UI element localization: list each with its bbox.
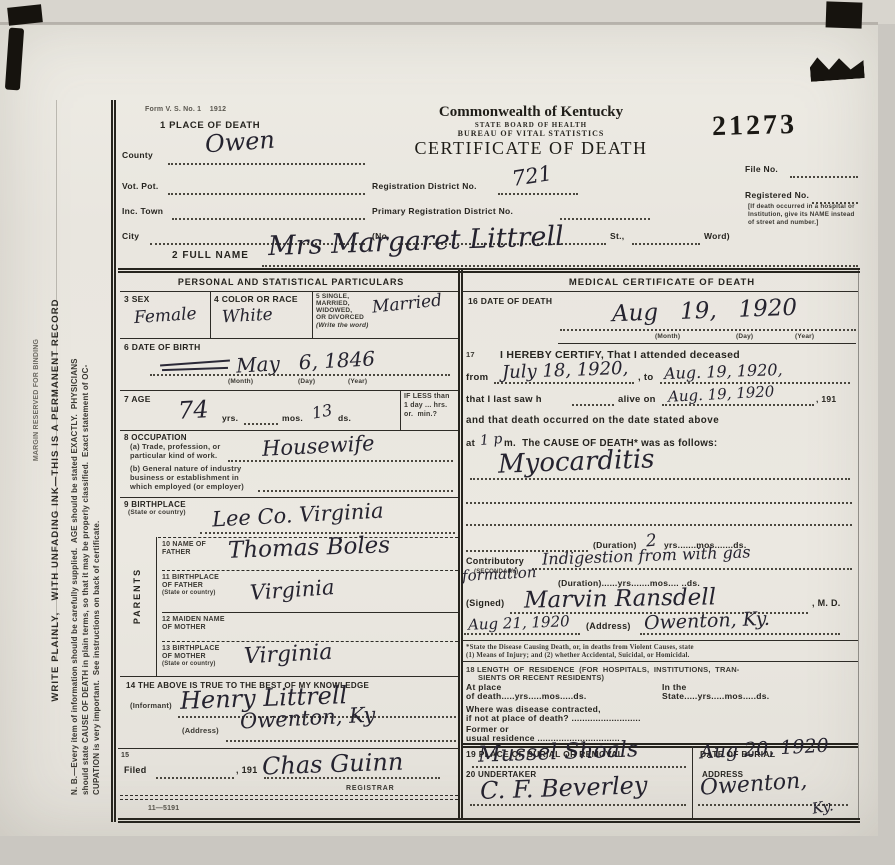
death-certificate-scan: MARGIN RESERVED FOR BINDING WRITE PLAINL… bbox=[0, 0, 895, 865]
registrar-line bbox=[264, 777, 440, 779]
file-no-line bbox=[790, 176, 858, 178]
cause-of-death-entry: Myocarditis bbox=[498, 446, 655, 477]
mother-maiden-label-2: OF MOTHER bbox=[162, 624, 206, 631]
month-sublabel: (Month) bbox=[228, 378, 253, 385]
parents-inner-border bbox=[156, 537, 157, 676]
column-divider bbox=[458, 270, 463, 818]
file-no-label: File No. bbox=[745, 164, 778, 174]
occupation-b-label-3: which employed (or employer) bbox=[130, 482, 244, 491]
sex-entry: Female bbox=[133, 306, 197, 327]
date-of-birth-line bbox=[150, 374, 450, 376]
certificate-title: CERTIFICATE OF DEATH bbox=[392, 138, 670, 159]
hospital-instruction-note: [If death occurred in a hospital or Inst… bbox=[748, 203, 860, 227]
marital-label-3: WIDOWED, bbox=[316, 307, 352, 314]
rule bbox=[120, 338, 458, 339]
rule bbox=[162, 612, 458, 613]
if-less-label-3: or. min.? bbox=[404, 411, 437, 418]
undertaker-entry: C. F. Beverley bbox=[480, 773, 648, 803]
attended-from-label: from bbox=[466, 372, 488, 383]
occupation-b-label-1: (b) General nature of industry bbox=[130, 464, 241, 473]
physician-address-line bbox=[640, 633, 840, 635]
age-label: 7 AGE bbox=[124, 394, 151, 404]
rule bbox=[120, 497, 458, 498]
medical-section-title: MEDICAL CERTIFICATE OF DEATH bbox=[468, 277, 856, 288]
rule bbox=[120, 390, 458, 391]
father-name-label-1: 10 NAME OF bbox=[162, 541, 206, 548]
marital-label-1: 5 SINGLE, bbox=[316, 293, 349, 300]
age-days-entry: 13 bbox=[311, 402, 334, 421]
form-left-border bbox=[111, 100, 116, 822]
marital-label-2: MARRIED, bbox=[316, 300, 350, 307]
county-label: County bbox=[122, 150, 153, 160]
torn-edge-mark bbox=[826, 1, 863, 28]
form-bottom-rule bbox=[118, 818, 860, 823]
signature-date-line bbox=[464, 633, 580, 635]
mother-birthplace-entry: Virginia bbox=[243, 642, 333, 669]
mother-birthplace-label-1: 13 BIRTHPLACE bbox=[162, 645, 219, 652]
alive-on-label: alive on bbox=[618, 394, 656, 405]
marital-label-5: (Write the word) bbox=[316, 322, 369, 329]
inc-town-line bbox=[172, 218, 365, 220]
physician-address-entry: Owenton, Ky. bbox=[644, 610, 771, 633]
signed-label: (Signed) bbox=[466, 598, 504, 608]
full-name-line bbox=[262, 265, 858, 267]
occupation-b-line bbox=[258, 490, 453, 492]
footnote-line-2: (1) Means of Injury; and (2) whether Acc… bbox=[466, 652, 690, 659]
yrs-label: yrs. bbox=[222, 413, 238, 423]
torn-paper-strip bbox=[0, 0, 895, 24]
physician-address-label: (Address) bbox=[586, 621, 631, 631]
at-label: at bbox=[466, 438, 475, 449]
registration-district-line bbox=[498, 193, 578, 195]
county-entry: Owen bbox=[204, 128, 275, 157]
personal-section-title: PERSONAL AND STATISTICAL PARTICULARS bbox=[128, 277, 454, 287]
contributory-entry-2: formation bbox=[462, 565, 537, 584]
occupation-a-label-1: (a) Trade, profession, or bbox=[130, 442, 220, 451]
ds-label: ds. bbox=[338, 413, 351, 423]
primary-district-line bbox=[560, 218, 650, 220]
certify-number-label: 17 bbox=[466, 350, 475, 359]
state-board-label: STATE BOARD OF HEALTH bbox=[392, 121, 670, 129]
date-of-birth-label: 6 DATE OF BIRTH bbox=[124, 342, 201, 352]
occupation-a-label-2: particular kind of work. bbox=[130, 451, 217, 460]
footnote-line-1: *State the Disease Causing Death, or, in… bbox=[466, 644, 694, 651]
vot-pot-label: Vot. Pot. bbox=[122, 181, 159, 191]
filed-year-label: , 191 bbox=[236, 765, 258, 775]
father-birthplace-label-2: OF FATHER bbox=[162, 582, 203, 589]
last-saw-gap-line bbox=[572, 404, 614, 406]
contributory-line bbox=[532, 568, 852, 570]
mother-birthplace-label-2: OF MOTHER bbox=[162, 653, 206, 660]
death-occurred-statement: and that death occurred on the date stat… bbox=[466, 415, 719, 426]
of-death-units-label: of death.....yrs.....mos.....ds. bbox=[466, 691, 587, 701]
physician-signature-entry: Marvin Ransdell bbox=[524, 586, 716, 612]
street-line bbox=[632, 243, 700, 245]
city-label: City bbox=[122, 231, 139, 241]
occupation-label: 8 OCCUPATION bbox=[124, 433, 187, 442]
filed-date-line bbox=[156, 777, 234, 779]
attended-from-entry: July 18, 1920, bbox=[502, 360, 629, 382]
rule bbox=[120, 799, 458, 800]
vot-pot-line bbox=[168, 193, 365, 195]
date-of-death-label: 16 DATE OF DEATH bbox=[468, 296, 552, 306]
undertaker-address-state-entry: Ky. bbox=[811, 798, 835, 817]
death-day-sublabel: (Day) bbox=[736, 333, 753, 340]
registered-no-label: Registered No. bbox=[745, 190, 809, 200]
if-less-label-1: IF LESS than bbox=[404, 393, 450, 400]
form-right-border bbox=[858, 270, 859, 818]
certificate-stamp-number: 21273 bbox=[712, 109, 798, 143]
last-saw-line bbox=[662, 404, 814, 406]
year-sublabel: (Year) bbox=[348, 378, 367, 385]
age-years-entry: 74 bbox=[177, 397, 209, 423]
age-line bbox=[244, 423, 278, 425]
attended-from-line bbox=[494, 382, 634, 384]
rule bbox=[162, 570, 458, 571]
section-divider-rule bbox=[118, 268, 860, 273]
father-birthplace-entry: Virginia bbox=[249, 577, 335, 604]
cause-line-3 bbox=[466, 524, 852, 526]
ward-label: Word) bbox=[704, 231, 730, 241]
registrar-label: REGISTRAR bbox=[346, 785, 394, 792]
sex-label: 3 SEX bbox=[124, 294, 150, 304]
mother-maiden-label-1: 12 MAIDEN NAME bbox=[162, 616, 225, 623]
color-race-label: 4 COLOR OR RACE bbox=[214, 294, 298, 304]
bureau-label: BUREAU OF VITAL STATISTICS bbox=[392, 129, 670, 138]
margin-permanent-record-note: WRITE PLAINLY, WITH UNFADING INK—THIS IS… bbox=[50, 210, 61, 790]
form-number-note: Form V. S. No. 1 1912 bbox=[145, 106, 226, 113]
primary-district-label: Primary Registration District No. bbox=[372, 206, 513, 216]
street-label: St., bbox=[610, 231, 624, 241]
time-of-death-entry: 1 p bbox=[479, 432, 502, 448]
margin-binding-note: MARGIN RESERVED FOR BINDING bbox=[33, 295, 40, 505]
cause-line-1 bbox=[470, 478, 850, 480]
md-label: , M. D. bbox=[812, 598, 841, 608]
day-sublabel: (Day) bbox=[298, 378, 315, 385]
mos-label: mos. bbox=[282, 413, 303, 423]
year-191-label: , 191 bbox=[816, 394, 836, 404]
undertaker-line bbox=[470, 804, 686, 806]
informant-label: (Informant) bbox=[130, 701, 172, 710]
filed-label: Filed bbox=[124, 765, 147, 775]
filed-number-label: 15 bbox=[121, 752, 129, 759]
state-units-label: State.....yrs.....mos.....ds. bbox=[662, 691, 769, 701]
margin-nb-line2: should state CAUSE OF DEATH in plain ter… bbox=[81, 105, 90, 795]
rule bbox=[462, 640, 858, 641]
father-birthplace-label-1: 11 BIRTHPLACE bbox=[162, 574, 219, 581]
torn-edge-mark bbox=[7, 4, 43, 25]
margin-nb-line1: N. B.—Every item of information should b… bbox=[70, 105, 79, 795]
rule bbox=[120, 795, 458, 796]
father-name-label-2: FATHER bbox=[162, 549, 191, 556]
margin-nb-line3: CUPATION is very important. See instruct… bbox=[92, 105, 101, 795]
occupation-entry: Housewife bbox=[262, 433, 376, 460]
rule bbox=[120, 676, 458, 677]
informant-address-line bbox=[226, 740, 456, 742]
parents-vertical-label: PARENTS bbox=[132, 540, 142, 652]
cell-divider bbox=[400, 390, 401, 430]
burial-grid-divider bbox=[692, 746, 693, 818]
cause-line-2 bbox=[466, 502, 852, 504]
rule bbox=[120, 291, 458, 292]
tear-shadow bbox=[0, 22, 878, 25]
registrar-signature-entry: Chas Guinn bbox=[262, 750, 404, 779]
cell-divider bbox=[210, 291, 211, 338]
county-line bbox=[168, 163, 365, 165]
color-race-entry: White bbox=[222, 307, 274, 327]
mother-birthplace-state-sublabel: (State or country) bbox=[162, 661, 216, 667]
attended-to-label: , to bbox=[638, 372, 653, 383]
if-less-label-2: 1 day ... hrs. bbox=[404, 402, 447, 409]
rule bbox=[120, 430, 458, 431]
commonwealth-title: Commonwealth of Kentucky bbox=[392, 104, 670, 121]
death-year-sublabel: (Year) bbox=[795, 333, 814, 340]
date-of-death-line bbox=[560, 329, 856, 331]
birthplace-state-sublabel: (State or country) bbox=[128, 509, 186, 516]
last-saw-label: that I last saw h bbox=[466, 394, 542, 405]
full-name-label: 2 FULL NAME bbox=[172, 250, 249, 261]
registration-district-label: Registration District No. bbox=[372, 181, 477, 191]
residence-label-2: SIENTS OR RECENT RESIDENTS) bbox=[478, 673, 604, 682]
inc-town-label: Inc. Town bbox=[122, 206, 163, 216]
burial-place-entry: Mussel Shoals bbox=[478, 739, 639, 767]
occupation-b-label-2: business or establishment in bbox=[130, 473, 239, 482]
marital-label-4: OR DIVORCED bbox=[316, 314, 364, 321]
contracted-label-2: if not at place of death? ..............… bbox=[466, 713, 641, 723]
cell-divider bbox=[312, 291, 313, 338]
informant-address-label: (Address) bbox=[182, 726, 219, 735]
rule bbox=[558, 343, 856, 344]
attended-to-entry: Aug. 19, 1920, bbox=[664, 362, 783, 382]
rule bbox=[462, 291, 858, 292]
burial-place-line bbox=[472, 766, 686, 768]
signature-date-entry: Aug 21, 1920 bbox=[468, 614, 570, 633]
rule bbox=[118, 748, 459, 749]
plate-number-note: 11—5191 bbox=[148, 805, 179, 812]
father-name-entry: Thomas Boles bbox=[228, 534, 391, 563]
occupation-a-line bbox=[228, 460, 453, 462]
father-birthplace-state-sublabel: (State or country) bbox=[162, 590, 216, 596]
state-header: Commonwealth of Kentucky STATE BOARD OF … bbox=[392, 104, 670, 159]
rule bbox=[462, 661, 858, 662]
death-month-sublabel: (Month) bbox=[655, 333, 680, 340]
birthplace-label: 9 BIRTHPLACE bbox=[124, 500, 186, 509]
